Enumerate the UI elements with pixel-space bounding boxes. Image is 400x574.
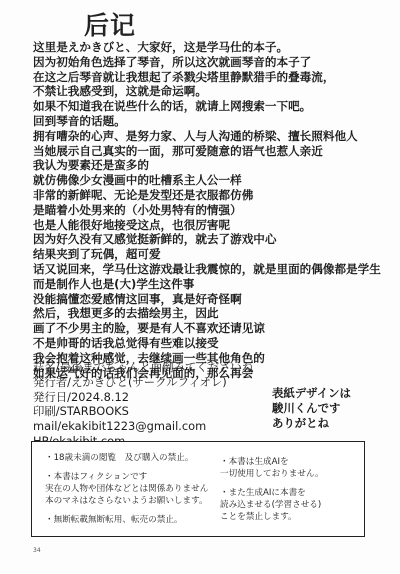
credit-line: ありがとね [272,416,351,431]
body-line: 在这之后琴音就让我想起了杀戮尖塔里静默猎手的叠毒流， [33,70,393,85]
notice-no-ai-training: ・また生成AIに本書を [220,487,324,499]
notice-fiction: 本のマネはなさらないようお願いします。 [45,495,208,507]
notice-no-ai-training: 読み込ませる(学習させる) [220,499,324,511]
colophon: 誌名/最後までちゃんと面倒みてくださいね 発行者/えかきびと(サークルフィオレ)… [33,360,253,449]
body-line: 没能搞懂恋爱感情这回事，真是好奇怪啊 [33,292,393,307]
notice-no-ai-used: ・本書は生成AIを [220,456,324,468]
body-line: 我认为要素还是蛮多的 [33,158,393,173]
credit-line: 駿川くんです [272,401,351,416]
notice-no-reprint: ・無断転載無断転用、転売の禁止。 [45,514,208,526]
body-line: 是瞄着小处男来的（小处男特有的情强） [33,203,393,218]
notice-age-restriction: ・18歳未満の閲覧 及び購入の禁止。 [45,452,208,464]
body-line: 如果不知道我在说些什么的话，就请上网搜索一下吧。 [33,99,393,114]
body-line: 因为好久没有又感觉挺新鲜的，就去了游戏中心 [33,232,393,247]
afterword-body: 这里是えかきびと、大家好，这是学马仕的本子。 因为初始角色选择了琴音，所以这次就… [33,40,393,380]
colophon-printer: 印刷/STARBOOKS [33,404,253,419]
body-line: 不禁让我感受到，这就是命运啊。 [33,84,393,99]
body-line: 非常的新鲜呢、无论是发型还是衣服都仿佛 [33,188,393,203]
page-title: 后记 [84,6,136,42]
colophon-date: 発行日/2024.8.12 [33,390,253,405]
body-line: 画了不少男主的脸，要是有人不喜欢还请见谅 [33,321,393,336]
body-line: 就仿佛像少女漫画中的吐槽系主人公一样 [33,173,393,188]
colophon-publisher: 発行者/えかきびと(サークルフィオレ) [33,375,253,390]
body-line: 话又说回来，学马仕这游戏最让我震惊的，就是里面的偶像都是学生 [33,262,393,277]
body-line: 然后，我想更多的去描绘男主，因此 [33,306,393,321]
colophon-title: 誌名/最後までちゃんと面倒みてくださいね [33,360,253,375]
notice-fiction: ・本書はフィクションです [45,471,208,483]
body-line: 当她展示自己真实的一面，那可爱随意的语气也惹人亲近 [33,144,393,159]
body-line: 不是帅哥的话我总觉得有些难以接受 [33,336,393,351]
colophon-mail: mail/ekakibit1223@gmail.com [33,419,253,434]
document-page: 后记 这里是えかきびと、大家好，这是学马仕的本子。 因为初始角色选择了琴音，所以… [0,0,400,574]
body-line: 这里是えかきびと、大家好，这是学马仕的本子。 [33,40,393,55]
body-line: 也是人能很好地接受这点，也很厉害呢 [33,218,393,233]
credit-line: 表紙デザインは [272,386,351,401]
notice-no-ai-training: ことを禁止します。 [220,511,324,523]
body-line: 因为初始角色选择了琴音，所以这次就画琴音的本子了 [33,55,393,70]
cover-credit: 表紙デザインは 駿川くんです ありがとね [272,386,351,430]
notice-fiction: 実在の人物や団体などとは関係ありません [45,483,208,495]
body-line: 拥有嘈杂的心声、是努力家、人与人沟通的桥梁、擅长照料他人 [33,129,393,144]
body-line: 回到琴音的话题。 [33,114,393,129]
notice-no-ai-used: 一切使用しておりません。 [220,468,324,480]
notice-left-column: ・18歳未満の閲覧 及び購入の禁止。 ・本書はフィクションです 実在の人物や団体… [45,452,208,526]
body-line: 结果夹到了玩偶，超可爱 [33,247,393,262]
notice-box: ・18歳未満の閲覧 及び購入の禁止。 ・本書はフィクションです 実在の人物や団体… [31,441,365,537]
notice-right-column: ・本書は生成AIを 一切使用しておりません。 ・また生成AIに本書を 読み込ませ… [220,456,324,523]
body-line: 而是制作人也是(大)学生这件事 [33,277,393,292]
page-number: 34 [33,547,41,554]
